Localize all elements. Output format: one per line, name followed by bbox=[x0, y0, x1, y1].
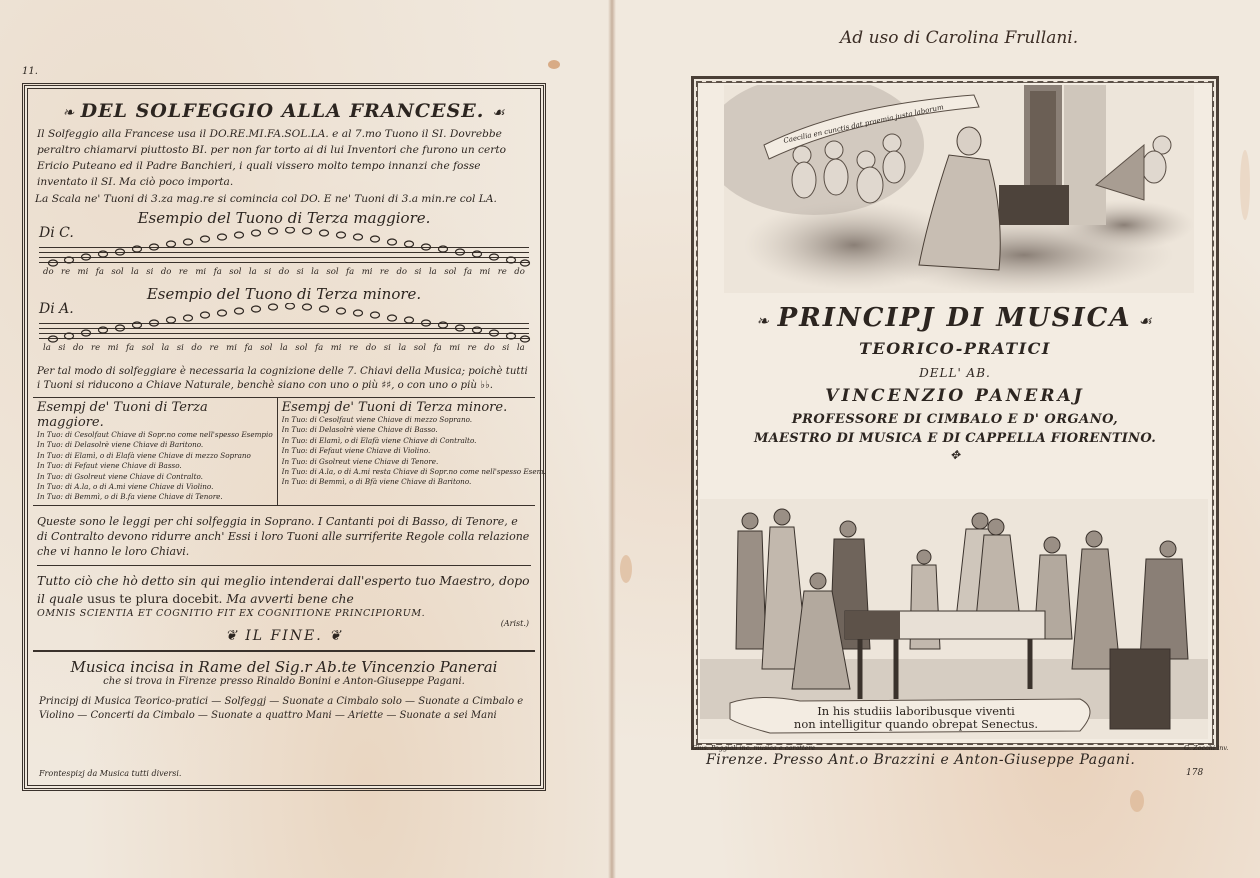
ornament-icon: ❧ bbox=[756, 312, 777, 330]
table-row: In Tuo: di Elamì, o di Elafà viene Chiav… bbox=[282, 436, 546, 446]
ornament-icon: ☙ bbox=[1132, 312, 1154, 330]
the-end: ❦ IL FINE. ❦ bbox=[33, 628, 535, 644]
author-role-1: PROFESSORE DI CIMBALO E D' ORGANO, bbox=[694, 412, 1216, 427]
singers-paragraph: Queste sono le leggi per chi solfeggia i… bbox=[37, 514, 531, 566]
publisher-heading: Musica incisa in Rame del Sig.r Ab.te Vi… bbox=[33, 658, 535, 676]
st-cecilia-engraving: Caecilia en cunctis dat praemia justa la… bbox=[724, 85, 1194, 293]
major-scale-staff: Di C. doremifasollasidoremifasollasidosi… bbox=[35, 227, 533, 283]
major-keys-column: Esempj de' Tuoni di Terza maggiore. In T… bbox=[33, 398, 277, 505]
engraver-credit: Gius. Poggiali inc. musica e carattere bbox=[692, 744, 815, 752]
table-row: In Tuo: di Delasolrè viene Chiave di Bar… bbox=[37, 440, 273, 450]
intro-paragraph: Il Solfeggio alla Francese usa il DO.RE.… bbox=[37, 126, 531, 190]
table-row: In Tuo: di Gsolreut viene Chiave di Teno… bbox=[282, 457, 546, 467]
works-list: Principj di Musica Teorico-pratici — Sol… bbox=[39, 695, 529, 723]
frontispieces-note: Frontespizj da Musica tutti diversi. bbox=[39, 769, 181, 778]
ornament-icon: ❧ bbox=[62, 105, 80, 121]
table-row: In Tuo: di Fefaut viene Chiave di Basso. bbox=[37, 461, 273, 471]
minor-example-heading: Esempio del Tuono di Terza minore. bbox=[33, 285, 535, 303]
foxing-stain bbox=[620, 555, 632, 583]
latin-motto-scroll: In his studiis laboribusque viventi non … bbox=[756, 705, 1076, 731]
table-row: In Tuo: di Cesolfaut Chiave di Sopr.no c… bbox=[37, 430, 273, 440]
note-heads bbox=[43, 303, 531, 343]
table-row: In Tuo: di Fefaut viene Chiave di Violin… bbox=[282, 446, 546, 456]
major-example-heading: Esempio del Tuono di Terza maggiore. bbox=[33, 209, 535, 227]
foxing-stain bbox=[1130, 790, 1144, 812]
handwritten-dedication: Ad uso di Carolina Frullani. bbox=[840, 28, 1078, 48]
table-row: In Tuo: di A.la, o di A.mi resta Chiave … bbox=[282, 467, 546, 477]
table-row: In Tuo: di Elamì, o di Elafà viene Chiav… bbox=[37, 451, 273, 461]
book-subtitle: TEORICO-PRATICI bbox=[694, 339, 1216, 358]
publisher-location: che si trova in Firenze presso Rinaldo B… bbox=[33, 676, 535, 687]
foxing-stain bbox=[548, 60, 560, 69]
book-gutter bbox=[608, 0, 616, 878]
page-number: 11. bbox=[22, 66, 38, 77]
ornament-icon: ☙ bbox=[492, 105, 506, 121]
table-row: In Tuo: di Gsolreut viene Chiave di Cont… bbox=[37, 472, 273, 482]
table-row: In Tuo: di Bemmì, o di Bfà viene Chiave … bbox=[282, 477, 546, 487]
chiavi-paragraph: Per tal modo di solfeggiare è necessaria… bbox=[37, 365, 531, 393]
title-plate: Caecilia en cunctis dat praemia justa la… bbox=[691, 76, 1219, 750]
minor-keys-column: Esempj de' Tuoni di Terza minore. In Tuo… bbox=[277, 398, 550, 505]
page-title: ❧ DEL SOLFEGGIO ALLA FRANCESE. ☙ bbox=[33, 100, 535, 122]
minor-scale-staff: Di A. lasidoremifasollasidoremifasollaso… bbox=[35, 303, 533, 359]
author-role-2: MAESTRO DI MUSICA E DI CAPPELLA FIORENTI… bbox=[694, 431, 1216, 446]
ornament-icon: ❦ bbox=[225, 628, 245, 644]
publisher-imprint: Firenze. Presso Ant.o Brazzini e Anton-G… bbox=[706, 752, 1135, 768]
ornament-icon: ❦ bbox=[323, 628, 343, 644]
foxing-stain bbox=[1240, 150, 1250, 220]
year-note: 178 bbox=[1186, 768, 1203, 778]
author-prefix: DELL' AB. bbox=[694, 366, 1216, 380]
scale-rule: La Scala ne' Tuoni di 3.za mag.re si com… bbox=[35, 191, 533, 207]
author-name: VINCENZIO PANERAJ bbox=[694, 386, 1216, 406]
ornament-icon: ✥ bbox=[694, 448, 1216, 462]
closing-paragraph: Tutto ciò che hò detto sin qui meglio in… bbox=[37, 572, 531, 608]
table-row: In Tuo: di Cesolfaut viene Chiave di mez… bbox=[282, 415, 546, 425]
title-block: ❧ PRINCIPJ DI MUSICA ☙ TEORICO-PRATICI D… bbox=[694, 303, 1216, 462]
note-heads bbox=[43, 227, 531, 267]
table-row: In Tuo: di A.la, o di A.mi viene Chiave … bbox=[37, 482, 273, 492]
latin-maxim: OMNIS SCIENTIA ET COGNITIO FIT EX COGNIT… bbox=[37, 608, 531, 619]
designer-credit: G. Zocchi inv. bbox=[1184, 744, 1228, 752]
divider bbox=[33, 650, 535, 652]
table-row: In Tuo: di Bemmì, o di B.fa viene Chiave… bbox=[37, 492, 273, 502]
maxim-source: (Arist.) bbox=[33, 619, 529, 628]
solfeggio-plate: ❧ DEL SOLFEGGIO ALLA FRANCESE. ☙ Il Solf… bbox=[22, 83, 546, 791]
keys-table: Esempj de' Tuoni di Terza maggiore. In T… bbox=[33, 397, 535, 506]
book-title: ❧ PRINCIPJ DI MUSICA ☙ bbox=[694, 303, 1216, 333]
concert-scene-engraving bbox=[700, 499, 1208, 739]
solmization-syllables: lasidoremifasollasidoremifasollasolfamir… bbox=[43, 343, 525, 353]
table-row: In Tuo: di Delasolrè viene Chiave di Bas… bbox=[282, 425, 546, 435]
solmization-syllables: doremifasollasidoremifasollasidosilasolf… bbox=[43, 267, 525, 277]
